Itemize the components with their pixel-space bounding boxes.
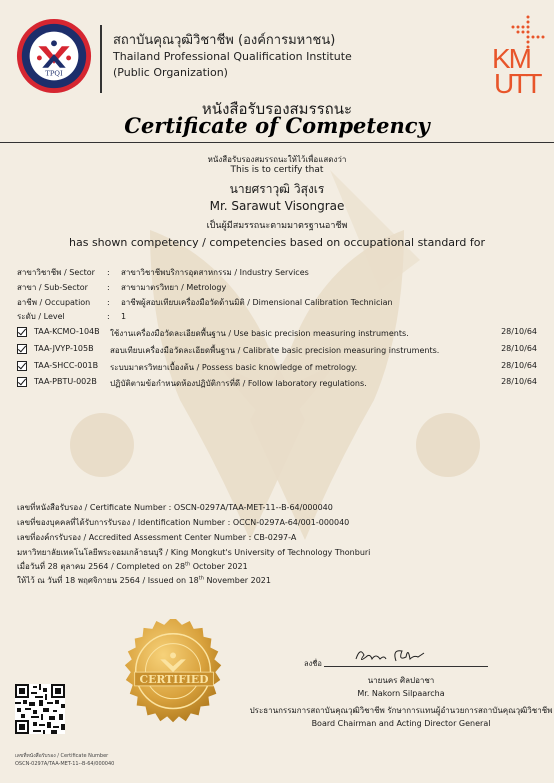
institute-type-en: (Public Organization) bbox=[113, 66, 228, 79]
kmutt-logo-icon: KM UTT bbox=[492, 13, 548, 95]
signer-position-th: ประธานกรรมการสถาบันคุณวุฒิวิชาชีพ รักษาก… bbox=[248, 704, 554, 717]
qr-code-icon[interactable] bbox=[15, 684, 65, 734]
unit-code: TAA-SHCC-001B bbox=[34, 361, 98, 370]
unit-date: 28/10/64 bbox=[501, 344, 537, 353]
signer-name-en: Mr. Nakorn Silpaarcha bbox=[248, 689, 554, 698]
unit-checkbox[interactable] bbox=[17, 361, 27, 371]
certify-intro-en: This is to certify that bbox=[0, 165, 554, 175]
unit-code: TAA-JVYP-105B bbox=[34, 344, 94, 353]
detail-label: ระดับ / Level bbox=[17, 310, 107, 323]
unit-row: TAA-PBTU-002B ปฏิบัติตามข้อกำหนดห้องปฏิบ… bbox=[17, 377, 537, 389]
certified-seal-icon: CERTIFIED bbox=[117, 615, 235, 743]
svg-text:UTT: UTT bbox=[494, 68, 542, 95]
unit-description: ระบบมาตรวิทยาเบื้องต้น / Possess basic k… bbox=[110, 361, 357, 374]
unit-row: TAA-SHCC-001B ระบบมาตรวิทยาเบื้องต้น / P… bbox=[17, 361, 537, 373]
certificate-number: เลขที่หนังสือรับรอง / Certificate Number… bbox=[17, 501, 333, 514]
institute-name-en: Thailand Professional Qualification Inst… bbox=[113, 50, 352, 63]
detail-value: 1 bbox=[121, 312, 126, 321]
detail-label: สาขา / Sub-Sector bbox=[17, 281, 107, 294]
svg-text:CERTIFIED: CERTIFIED bbox=[140, 673, 209, 686]
completed-date: เมื่อวันที่ 28 ตุลาคม 2564 / Completed o… bbox=[17, 560, 248, 573]
detail-sector: สาขาวิชาชีพ / Sector:สาขาวิชาชีพบริการอุ… bbox=[17, 266, 309, 279]
detail-label: อาชีพ / Occupation bbox=[17, 296, 107, 309]
signer-name-th: นายนคร ศิลปอาชา bbox=[248, 674, 554, 687]
university-name: มหาวิทยาลัยเทคโนโลยีพระจอมเกล้าธนบุรี / … bbox=[17, 546, 370, 559]
svg-text:TPQI: TPQI bbox=[45, 70, 63, 78]
detail-value: สาขาวิชาชีพบริการอุตสาหกรรม / Industry S… bbox=[121, 268, 309, 277]
unit-row: TAA-JVYP-105B สอบเทียบเครื่องมือวัดละเอี… bbox=[17, 344, 537, 356]
detail-label: สาขาวิชาชีพ / Sector bbox=[17, 266, 107, 279]
unit-description: ปฏิบัติตามข้อกำหนดห้องปฏิบัติการที่ดี / … bbox=[110, 377, 367, 390]
certificate-title-en: Certificate of Competency bbox=[0, 113, 554, 138]
signature-scribble bbox=[352, 643, 432, 667]
issued-date-month: November 2021 bbox=[204, 576, 271, 585]
issued-date: ให้ไว้ ณ วันที่ 18 พฤศจิกายน 2564 / Issu… bbox=[17, 574, 271, 587]
unit-code: TAA-KCMO-104B bbox=[34, 327, 100, 336]
institute-name-th: สถาบันคุณวุฒิวิชาชีพ (องค์การมหาชน) bbox=[113, 29, 335, 50]
detail-value: อาชีพผู้สอบเทียบเครื่องมือวัดด้านมิติ / … bbox=[121, 298, 393, 307]
header-divider bbox=[100, 25, 102, 93]
detail-value: สาขามาตรวิทยา / Metrology bbox=[121, 283, 226, 292]
unit-date: 28/10/64 bbox=[501, 327, 537, 336]
unit-checkbox[interactable] bbox=[17, 344, 27, 354]
qr-caption-label: เลขที่หนังสือรับรอง / Certificate Number bbox=[15, 752, 108, 760]
unit-date: 28/10/64 bbox=[501, 377, 537, 386]
signature-line bbox=[324, 666, 488, 667]
signature-label: ลงชื่อ bbox=[304, 658, 322, 670]
competency-statement-th: เป็นผู้มีสมรรถนะตามมาตรฐานอาชีพ bbox=[0, 218, 554, 232]
tpqi-seal-icon: TPQI bbox=[15, 17, 93, 95]
qr-caption-number: OSCN-0297A/TAA-MET-11--B-64/000040 bbox=[15, 761, 114, 767]
identification-number: เลขที่ของบุคคลที่ได้รับการรับรอง / Ident… bbox=[17, 516, 349, 529]
recipient-name-th: นายศราวุฒิ วิสุงเร bbox=[0, 180, 554, 199]
unit-checkbox[interactable] bbox=[17, 377, 27, 387]
recipient-name-en: Mr. Sarawut Visongrae bbox=[0, 199, 554, 213]
title-divider bbox=[0, 142, 554, 143]
completed-date-month: October 2021 bbox=[190, 562, 247, 571]
unit-description: สอบเทียบเครื่องมือวัดละเอียดพื้นฐาน / Ca… bbox=[110, 344, 439, 357]
detail-occupation: อาชีพ / Occupation:อาชีพผู้สอบเทียบเครื่… bbox=[17, 296, 393, 309]
assessment-center-number: เลขที่องค์กรรับรอง / Accredited Assessme… bbox=[17, 531, 296, 544]
detail-level: ระดับ / Level:1 bbox=[17, 310, 126, 323]
unit-checkbox[interactable] bbox=[17, 327, 27, 337]
unit-description: ใช้งานเครื่องมือวัดละเอียดพื้นฐาน / Use … bbox=[110, 327, 409, 340]
unit-date: 28/10/64 bbox=[501, 361, 537, 370]
unit-row: TAA-KCMO-104B ใช้งานเครื่องมือวัดละเอียด… bbox=[17, 327, 537, 339]
competency-statement-en: has shown competency / competencies base… bbox=[0, 236, 554, 249]
signer-position-en: Board Chairman and Acting Director Gener… bbox=[248, 719, 554, 728]
unit-code: TAA-PBTU-002B bbox=[34, 377, 97, 386]
completed-date-text: เมื่อวันที่ 28 ตุลาคม 2564 / Completed o… bbox=[17, 562, 185, 571]
detail-sub-sector: สาขา / Sub-Sector:สาขามาตรวิทยา / Metrol… bbox=[17, 281, 226, 294]
issued-date-text: ให้ไว้ ณ วันที่ 18 พฤศจิกายน 2564 / Issu… bbox=[17, 576, 199, 585]
